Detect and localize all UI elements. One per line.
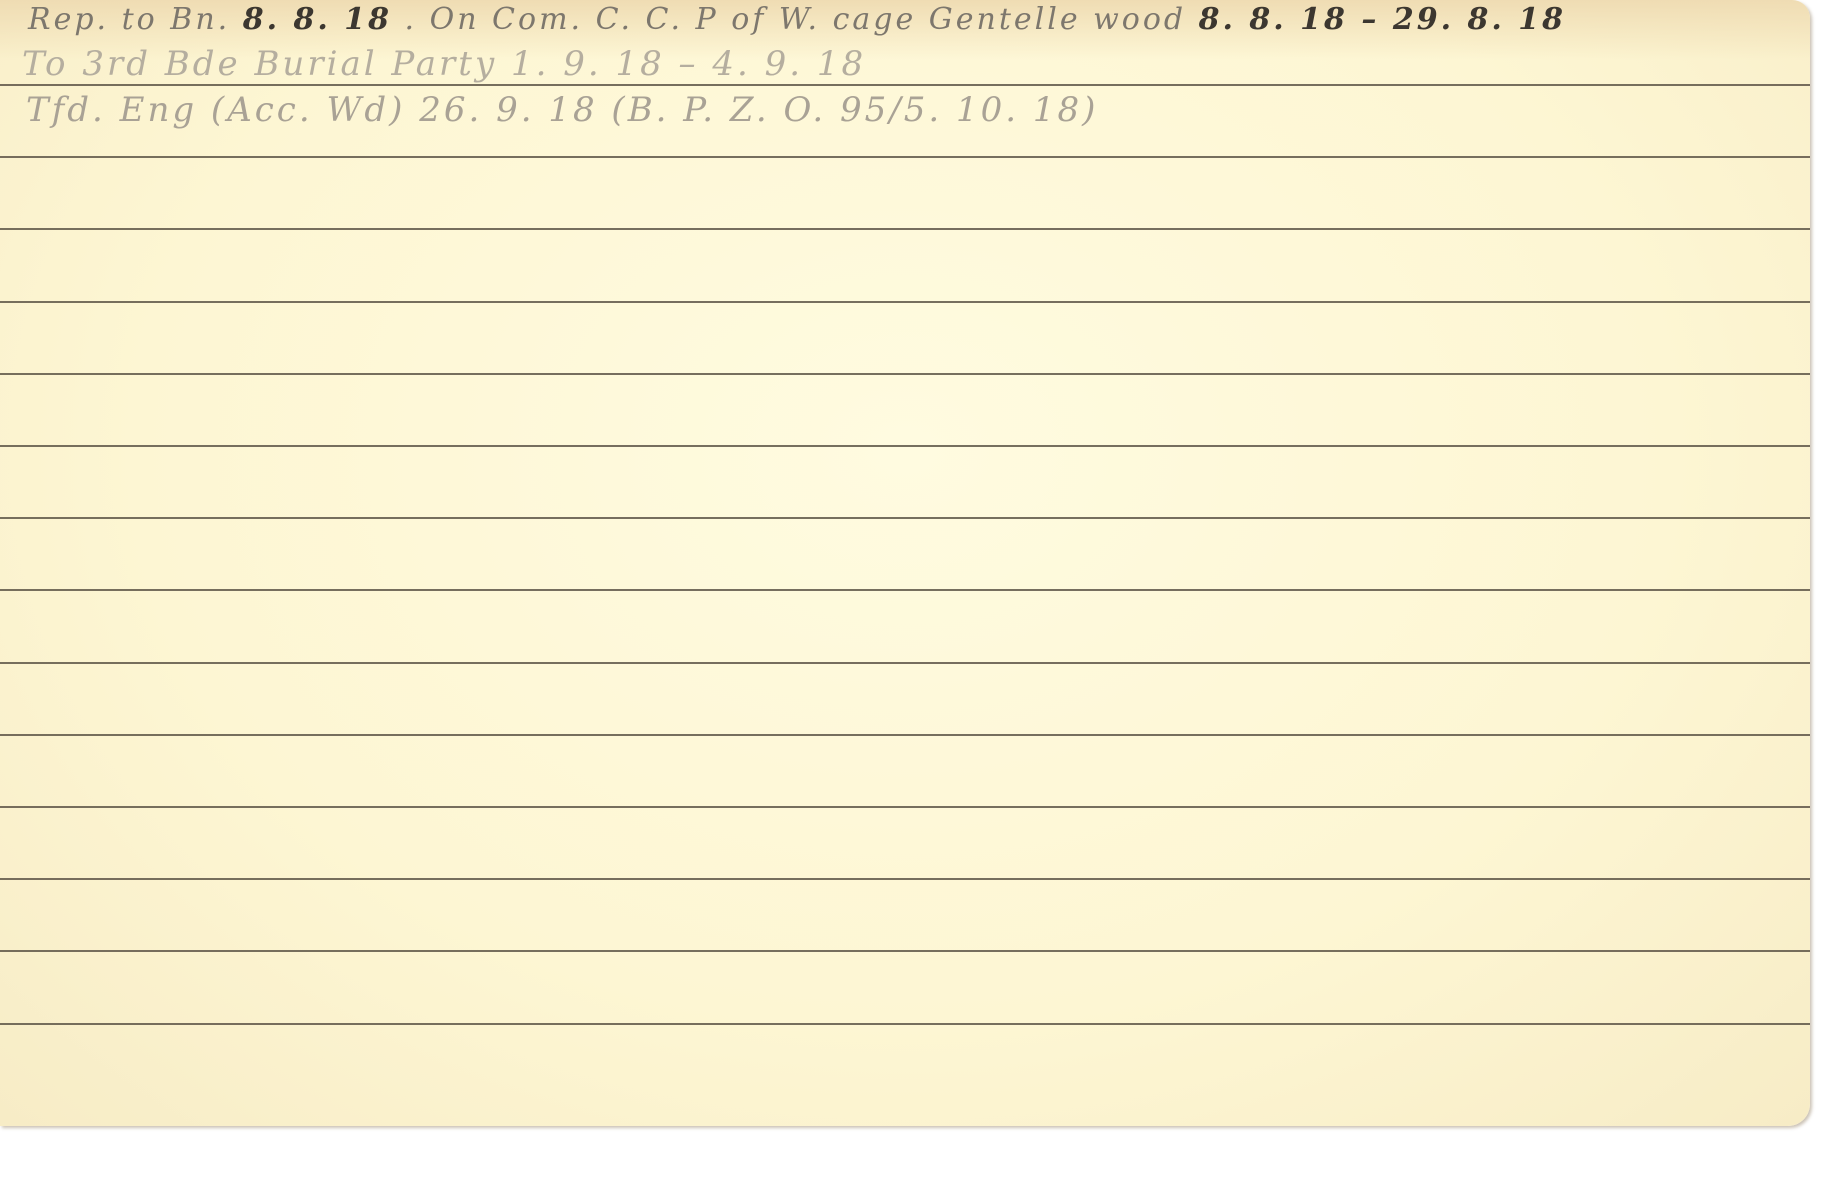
entry-line-2: To 3rd Bde Burial Party 1. 9. 18 – 4. 9.… [22,44,866,84]
entry-line-1: Rep. to Bn. 8. 8. 18 . On Com. C. C. P o… [28,2,1566,37]
ruled-line [0,662,1810,664]
ruled-line [0,734,1810,736]
index-card: Rep. to Bn. 8. 8. 18 . On Com. C. C. P o… [0,0,1810,1126]
ruled-line [0,517,1810,519]
ruled-line [0,806,1810,808]
ruled-line [0,228,1810,230]
ruled-line [0,84,1810,86]
ruled-line [0,156,1810,158]
entry-1-text-b: . On Com. C. C. P of W. cage Gentelle wo… [392,2,1199,37]
entry-1-date-range: 8. 8. 18 – 29. 8. 18 [1199,2,1566,37]
ruled-line [0,445,1810,447]
ruled-line [0,589,1810,591]
entry-1-text-a: Rep. to Bn. [28,2,243,37]
ruled-line [0,301,1810,303]
ruled-line [0,1023,1810,1025]
ruled-line [0,878,1810,880]
entry-line-3: Tfd. Eng (Acc. Wd) 26. 9. 18 (B. P. Z. O… [26,90,1098,130]
ruled-line [0,950,1810,952]
ruled-line [0,373,1810,375]
entry-1-date-a: 8. 8. 18 [243,2,392,37]
